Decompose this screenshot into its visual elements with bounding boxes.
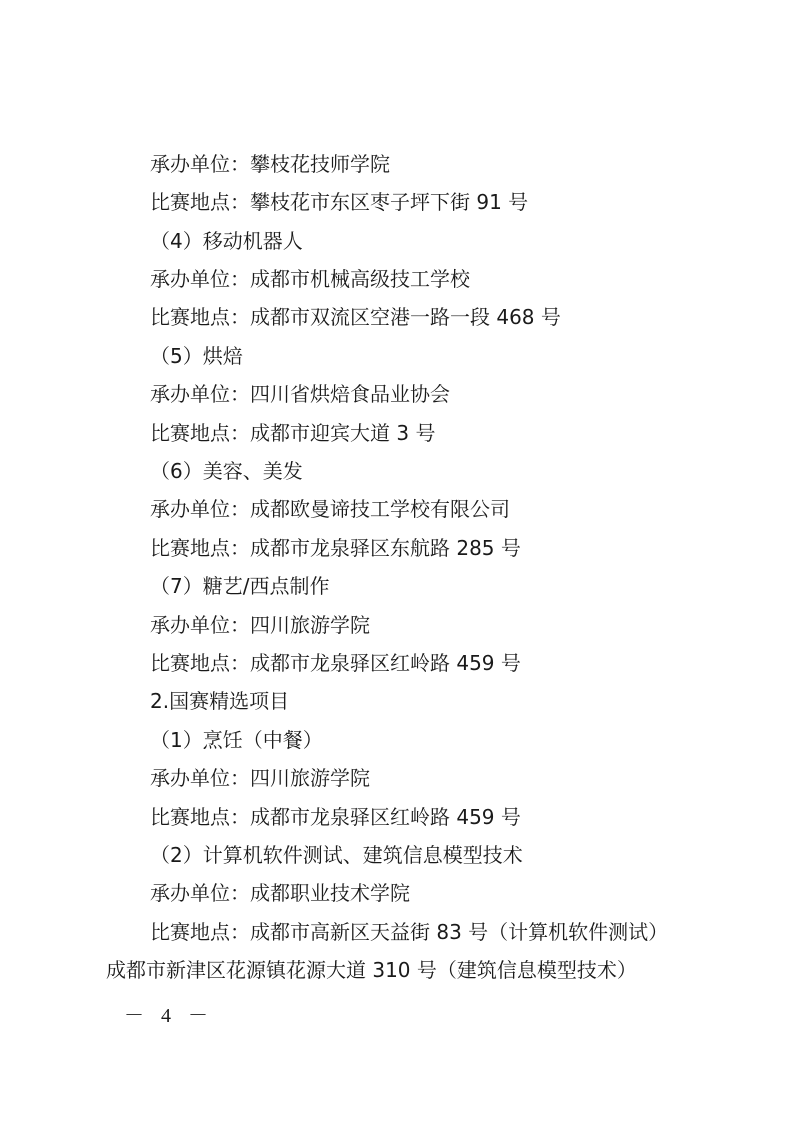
item-heading: （6）美容、美发 <box>106 452 303 490</box>
item-heading: （1）烹饪（中餐） <box>106 721 323 759</box>
host-unit-line: 承办单位：四川省烘焙食品业协会 <box>106 375 450 413</box>
host-unit-line: 承办单位：成都职业技术学院 <box>106 874 410 912</box>
item-heading: （5）烘焙 <box>106 337 243 375</box>
venue-line: 比赛地点：成都市高新区天益街 83 号（计算机软件测试） <box>106 913 668 951</box>
section-heading: 2.国赛精选项目 <box>106 682 289 720</box>
venue-line: 比赛地点：成都市龙泉驿区红岭路 459 号 <box>106 798 521 836</box>
item-heading: （4）移动机器人 <box>106 222 303 260</box>
document-page: 承办单位：攀枝花技师学院 比赛地点：攀枝花市东区枣子坪下街 91 号 （4）移动… <box>0 0 793 1122</box>
venue-line: 比赛地点：成都市龙泉驿区红岭路 459 号 <box>106 644 521 682</box>
page-number: － 4 － <box>124 1004 214 1028</box>
venue-continuation-line: 成都市新津区花源镇花源大道 310 号（建筑信息模型技术） <box>106 951 637 989</box>
venue-line: 比赛地点：成都市迎宾大道 3 号 <box>106 414 435 452</box>
venue-line: 比赛地点：成都市龙泉驿区东航路 285 号 <box>106 529 521 567</box>
host-unit-line: 承办单位：四川旅游学院 <box>106 759 370 797</box>
venue-line: 比赛地点：攀枝花市东区枣子坪下街 91 号 <box>106 183 528 221</box>
item-heading: （2）计算机软件测试、建筑信息模型技术 <box>106 836 523 874</box>
host-unit-line: 承办单位：攀枝花技师学院 <box>106 145 390 183</box>
host-unit-line: 承办单位：成都欧曼谛技工学校有限公司 <box>106 490 510 528</box>
host-unit-line: 承办单位：四川旅游学院 <box>106 606 370 644</box>
venue-line: 比赛地点：成都市双流区空港一路一段 468 号 <box>106 298 561 336</box>
item-heading: （7）糖艺/西点制作 <box>106 567 329 605</box>
host-unit-line: 承办单位：成都市机械高级技工学校 <box>106 260 470 298</box>
